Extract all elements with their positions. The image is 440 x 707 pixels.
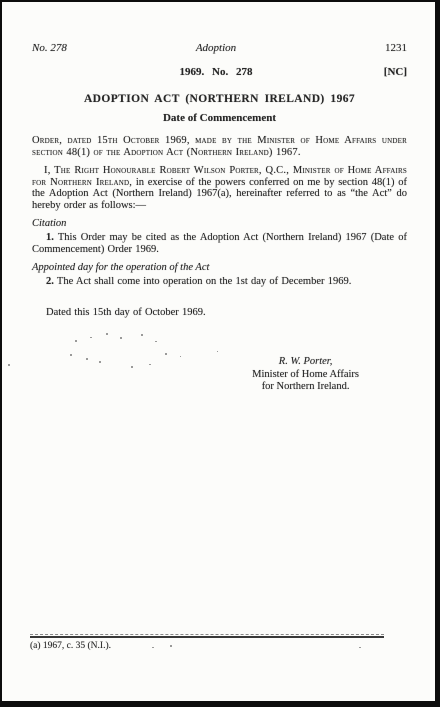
signature-block: R. W. Porter, Minister of Home Affairs f… (252, 356, 359, 394)
footnote-rule (30, 636, 384, 638)
issue-line: 1969. No. 278 (106, 66, 326, 79)
section-1-paragraph: 1. This Order may be cited as the Adopti… (32, 232, 407, 255)
footnote-text: (a) 1967, c. 35 (N.I.). (30, 641, 384, 652)
signature-name: R. W. Porter, (252, 356, 359, 369)
section-1-number: 1. (46, 232, 54, 243)
order-heading: Order, dated 15th October 1969, made by … (32, 135, 407, 158)
act-title: ADOPTION ACT (NORTHERN IRELAND) 1967 (32, 93, 407, 106)
section-heading-appointed-day: Appointed day for the operation of the A… (32, 262, 407, 274)
footnote-area: (a) 1967, c. 35 (N.I.). (30, 634, 384, 652)
signature-role-line2: for Northern Ireland. (252, 381, 359, 394)
section-2-paragraph: 2. The Act shall come into operation on … (32, 276, 407, 288)
section-1-text: This Order may be cited as the Adoption … (32, 232, 407, 255)
document-content: No. 278 Adoption 1231 1969. No. 278 [NC]… (2, 2, 435, 394)
section-heading-citation: Citation (32, 218, 407, 230)
section-2-text: The Act shall come into operation on the… (57, 276, 351, 287)
scanned-document-page: No. 278 Adoption 1231 1969. No. 278 [NC]… (2, 2, 435, 701)
category-tag: [NC] (347, 66, 407, 79)
order-subtitle: Date of Commencement (32, 112, 407, 125)
running-title: Adoption (106, 42, 326, 55)
signature-role-line1: Minister of Home Affairs (252, 369, 359, 382)
header-row-1: No. 278 Adoption 1231 (32, 42, 407, 55)
header-row-2: 1969. No. 278 [NC] (32, 66, 407, 79)
section-2-number: 2. (46, 276, 54, 287)
dated-line: Dated this 15th day of October 1969. (32, 307, 407, 319)
preamble: I, The Right Honourable Robert Wilson Po… (32, 165, 407, 211)
page-number: 1231 (347, 42, 407, 55)
